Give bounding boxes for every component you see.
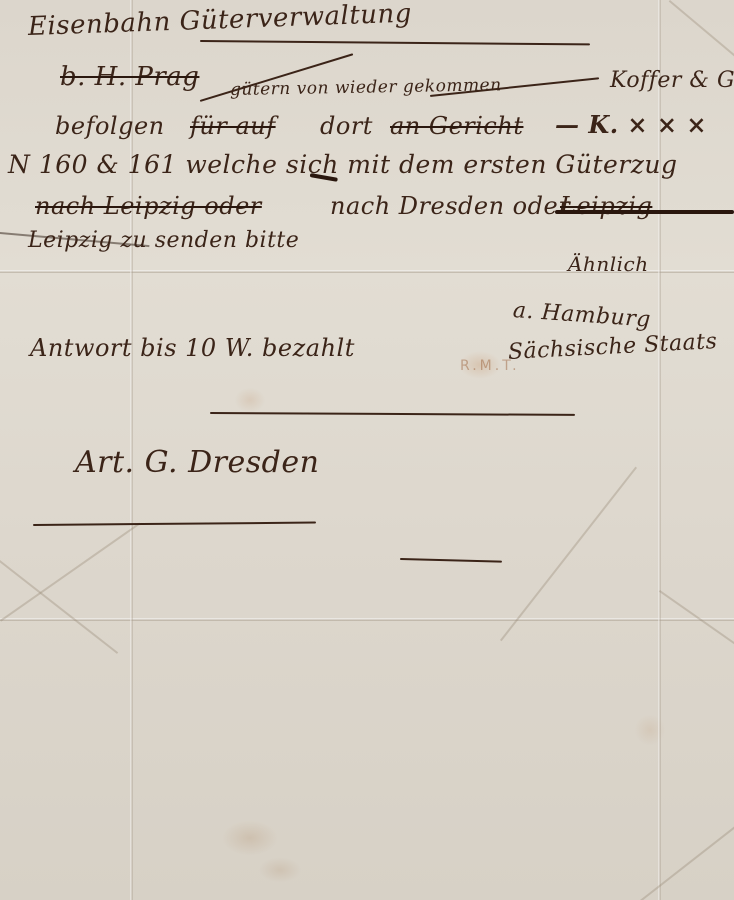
faint-stamp: R.M.T. xyxy=(460,358,520,374)
separator-stroke xyxy=(210,412,575,416)
text-struck: b. H. Prag xyxy=(60,62,199,92)
text-struck: für auf xyxy=(190,112,276,140)
fold-crease-diagonal xyxy=(0,522,140,621)
fold-crease-diagonal xyxy=(669,0,734,59)
separator-stroke xyxy=(33,522,316,526)
text-line: Leipzig zu senden bitte xyxy=(28,228,299,253)
text-struck: an Gericht xyxy=(390,112,523,140)
text-line: dort xyxy=(320,112,373,140)
fold-crease-diagonal xyxy=(500,467,637,642)
fold-crease-diagonal xyxy=(640,814,734,900)
text-line-right: a. Hamburg xyxy=(512,298,652,333)
text-struck: nach Leipzig oder xyxy=(35,192,262,220)
text-line-right: Sächsische Staats xyxy=(507,329,718,365)
text-line-signature: Art. G. Dresden xyxy=(75,445,319,480)
text-line-right: Ähnlich xyxy=(568,252,649,276)
fold-crease-diagonal xyxy=(659,590,734,649)
text-struck: Leipzig xyxy=(560,192,652,220)
fold-crease-horizontal-lower xyxy=(0,618,734,621)
text-line-reply-note: Antwort bis 10 W. bezahlt xyxy=(30,334,355,362)
underline-stroke xyxy=(200,40,590,45)
text-line: N 160 & 161 welche sich mit dem ersten G… xyxy=(8,150,678,179)
text-line-marks: — K. × × × xyxy=(555,110,707,139)
fold-crease-diagonal xyxy=(0,560,118,654)
document-page: Eisenbahn Güterverwaltung b. H. Prag güt… xyxy=(0,0,734,900)
text-line: nach Dresden oder xyxy=(330,192,570,220)
separator-stroke-short xyxy=(400,558,502,563)
text-line: befolgen xyxy=(55,112,165,140)
strike-line xyxy=(555,210,734,214)
text-line-heading: Eisenbahn Güterverwaltung xyxy=(27,0,412,42)
text-line-right: Koffer & Gut xyxy=(610,68,734,93)
